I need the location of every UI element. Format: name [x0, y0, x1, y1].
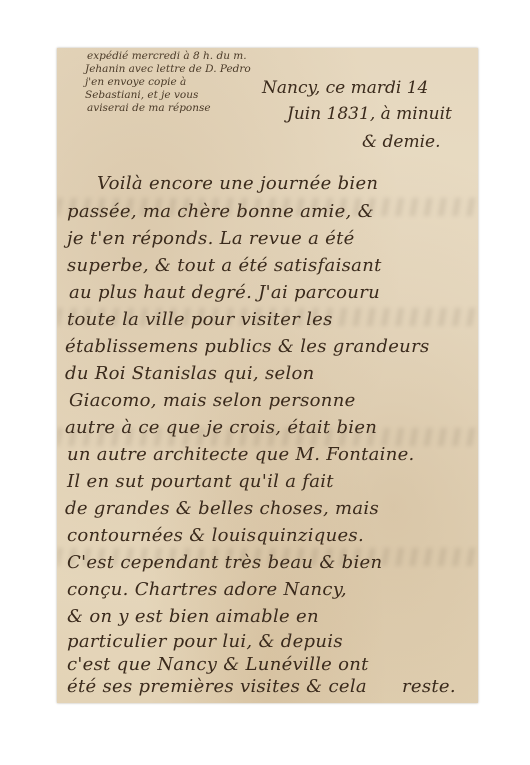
margin-note-line: Jehanin avec lettre de D. Pedro [85, 63, 251, 75]
body-line: du Roi Stanislas qui, selon [65, 363, 315, 384]
body-line: c'est que Nancy & Lunéville ont [67, 654, 369, 675]
letter-page: expédié mercredi à 8 h. du m. Jehanin av… [57, 48, 478, 703]
body-line: superbe, & tout a été satisfaisant [67, 255, 382, 276]
body-line: Il en sut pourtant qu'il a fait [67, 471, 334, 492]
body-line: Giacomo, mais selon personne [69, 390, 356, 411]
body-line: contournées & louisquinziques. [67, 525, 364, 546]
body-line: établissemens publics & les grandeurs [65, 336, 430, 357]
body-line: reste. [402, 676, 456, 697]
margin-note-line: j'en envoye copie à [85, 76, 186, 88]
margin-note-line: Sebastiani, et je vous [85, 89, 198, 101]
body-line: un autre architecte que M. Fontaine. [67, 444, 415, 465]
body-line: je t'en réponds. La revue a été [67, 228, 355, 249]
body-line: au plus haut degré. J'ai parcouru [69, 282, 380, 303]
margin-note-line: aviserai de ma réponse [87, 102, 211, 114]
dateline-line: Nancy, ce mardi 14 [262, 78, 428, 98]
dateline-line: & demie. [362, 132, 441, 152]
body-line: de grandes & belles choses, mais [65, 498, 379, 519]
margin-note-line: expédié mercredi à 8 h. du m. [87, 50, 247, 62]
body-line: C'est cependant très beau & bien [67, 552, 382, 573]
body-line: particulier pour lui, & depuis [67, 631, 343, 652]
body-line: & on y est bien aimable en [67, 606, 319, 627]
body-line: autre à ce que je crois, était bien [65, 417, 377, 438]
body-line: Voilà encore une journée bien [97, 173, 378, 194]
dateline-line: Juin 1831, à minuit [287, 104, 452, 124]
body-line: conçu. Chartres adore Nancy, [67, 579, 347, 600]
body-line: passée, ma chère bonne amie, & [67, 201, 374, 222]
body-line: toute la ville pour visiter les [67, 309, 333, 330]
body-line: été ses premières visites & cela [67, 676, 367, 697]
